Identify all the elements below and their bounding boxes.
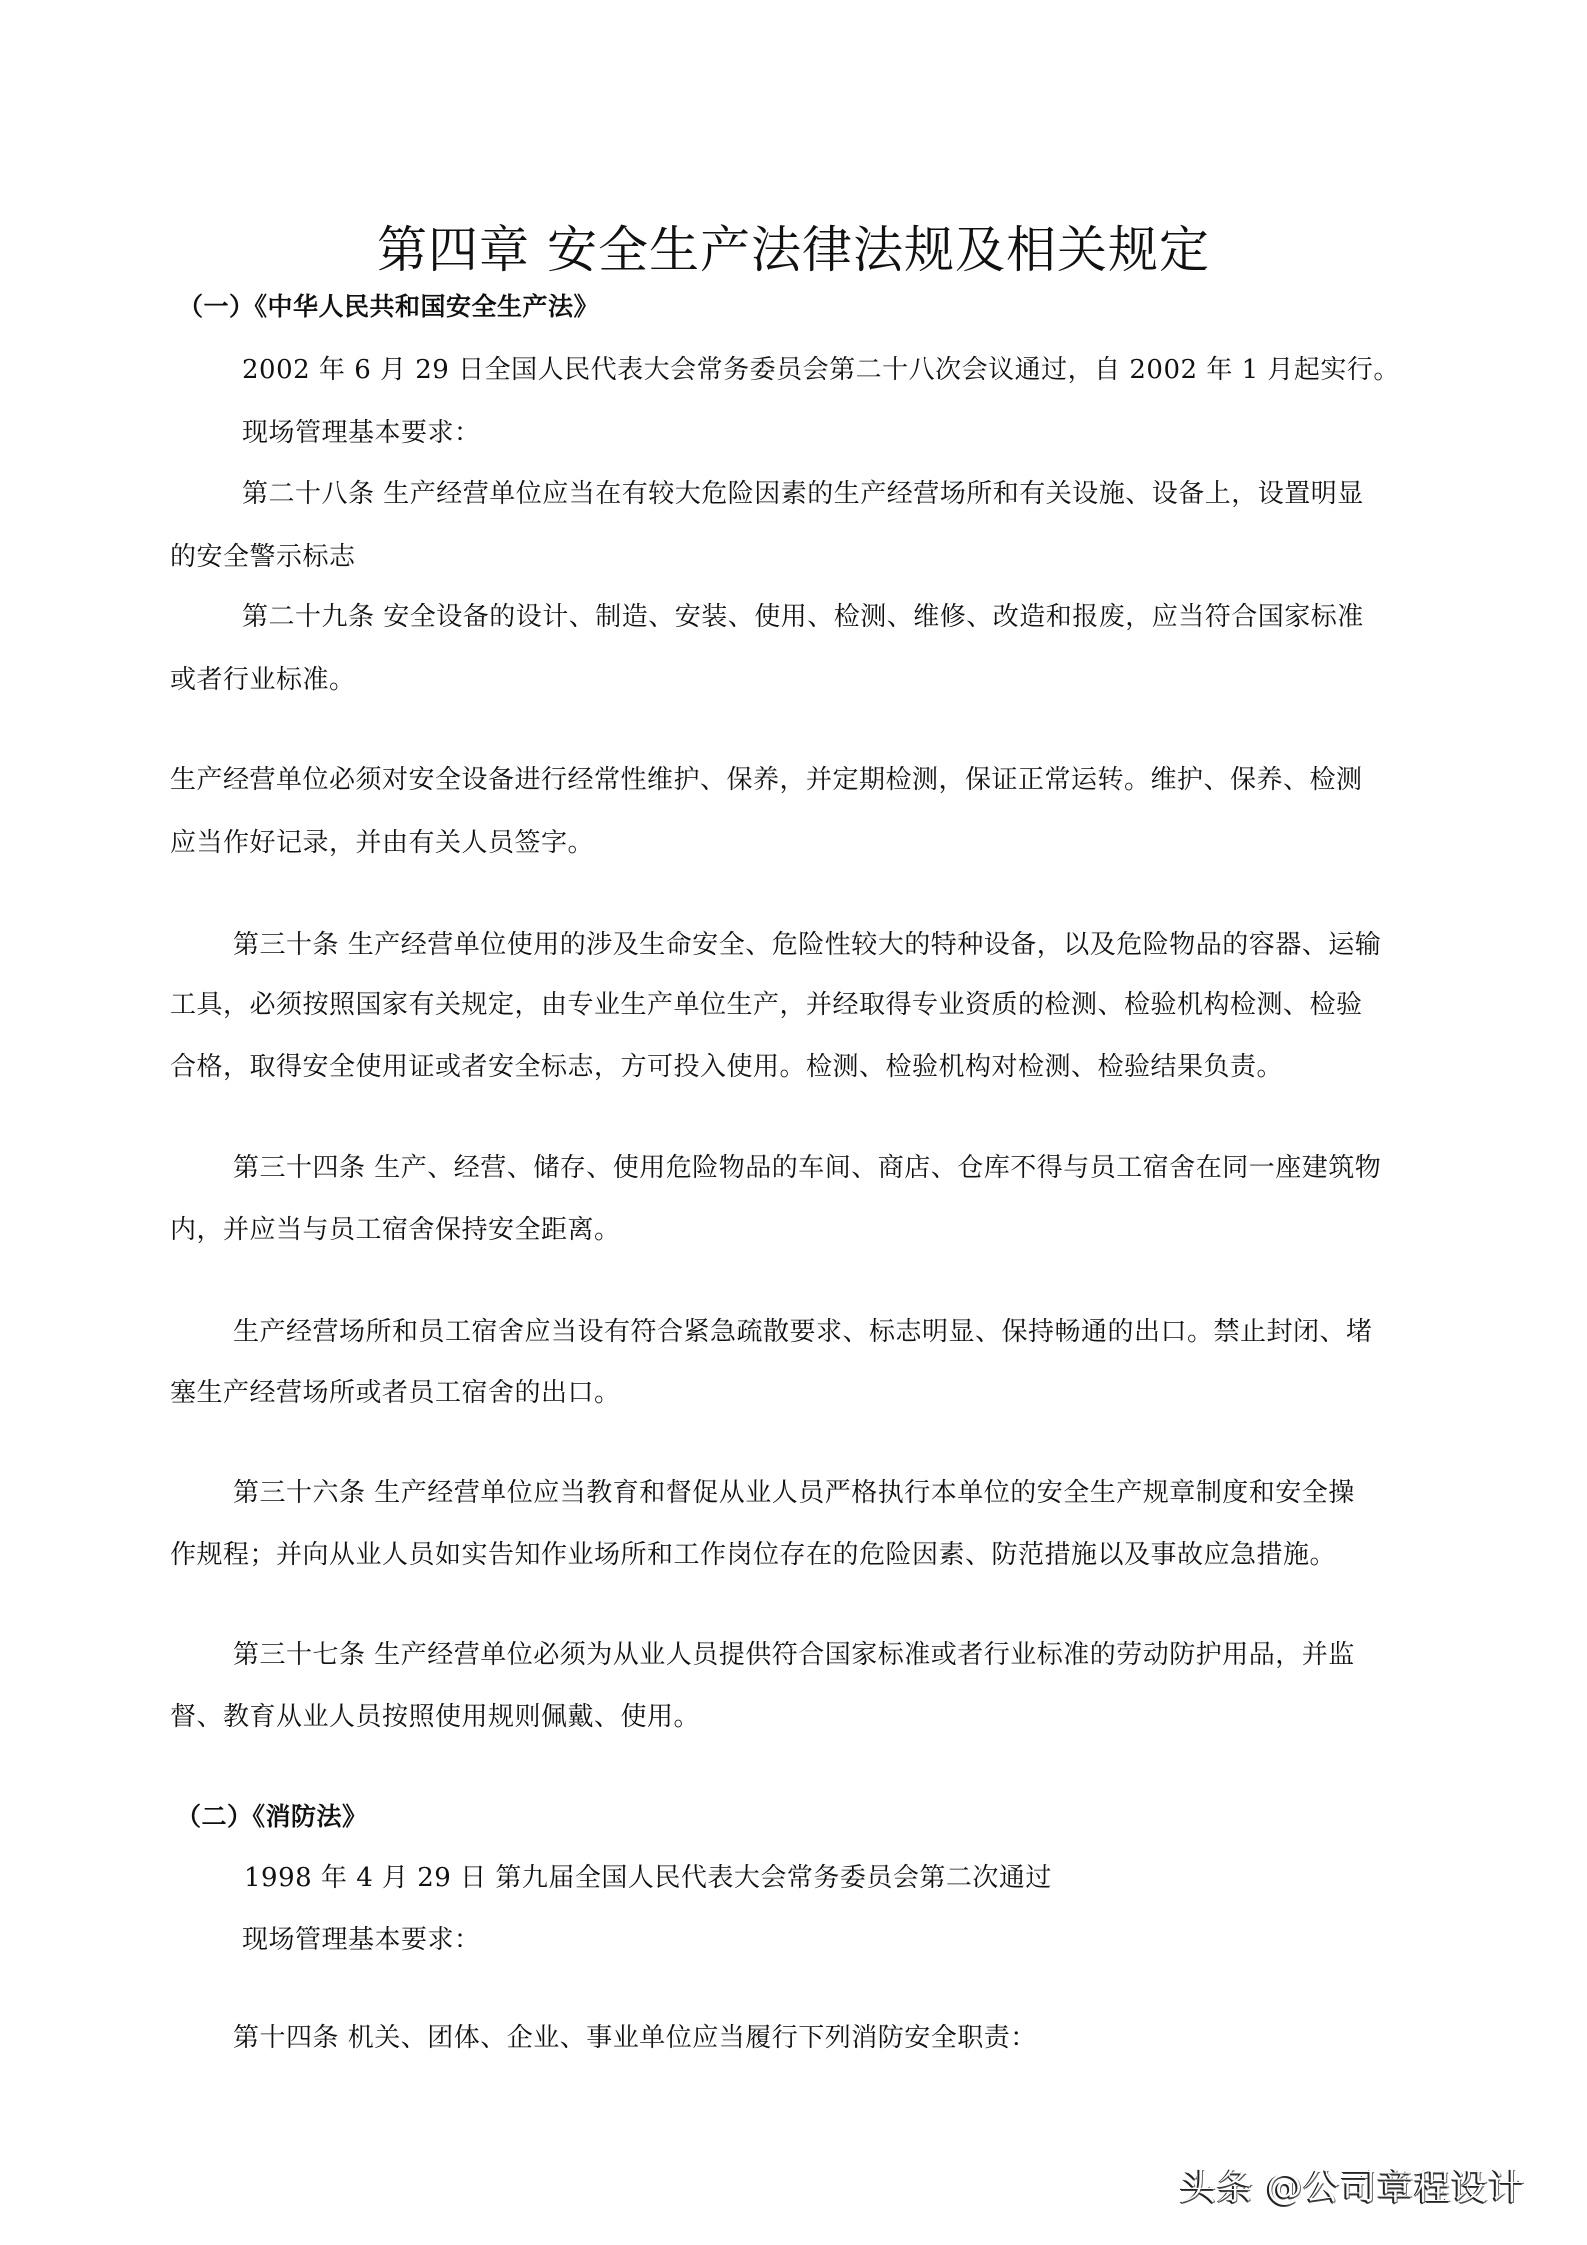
paragraph-line: 2002 年 6 月 29 日全国人民代表大会常务委员会第二十八次会议通过，自 … — [242, 350, 1400, 390]
article-28-line-2: 的安全警示标志 — [170, 537, 356, 577]
paragraph-line: 现场管理基本要求： — [242, 1920, 481, 1960]
article-34-line-2: 内，并应当与员工宿舍保持安全距离。 — [170, 1210, 621, 1250]
article-28-line-1: 第二十八条 生产经营单位应当在有较大危险因素的生产经营场所和有关设施、设备上，设… — [242, 474, 1364, 514]
maintenance-line-2: 应当作好记录，并由有关人员签字。 — [170, 823, 594, 863]
article-30-line-1: 第三十条 生产经营单位使用的涉及生命安全、危险性较大的特种设备，以及危险物品的容… — [233, 925, 1381, 965]
article-14-line-1: 第十四条 机关、团体、企业、事业单位应当履行下列消防安全职责： — [233, 2018, 1037, 2058]
article-30-line-2: 工具，必须按照国家有关规定，由专业生产单位生产，并经取得专业资质的检测、检验机构… — [170, 985, 1363, 1025]
section-heading-1: （一）《中华人民共和国安全生产法》 — [178, 287, 599, 327]
maintenance-line-1: 生产经营单位必须对安全设备进行经常性维护、保养，并定期检测，保证正常运转。维护、… — [170, 760, 1363, 800]
watermark: 头条 @公司章程设计 — [1180, 2166, 1525, 2210]
paragraph-line: 现场管理基本要求： — [242, 413, 481, 453]
article-37-line-1: 第三十七条 生产经营单位必须为从业人员提供符合国家标准或者行业标准的劳动防护用品… — [233, 1635, 1355, 1675]
article-36-line-2: 作规程；并向从业人员如实告知作业场所和工作岗位存在的危险因素、防范措施以及事故应… — [170, 1535, 1336, 1575]
article-29-line-2: 或者行业标准。 — [170, 660, 356, 700]
article-34-line-1: 第三十四条 生产、经营、储存、使用危险物品的车间、商店、仓库不得与员工宿舍在同一… — [233, 1148, 1381, 1188]
article-29-line-1: 第二十九条 安全设备的设计、制造、安装、使用、检测、维修、改造和报废，应当符合国… — [242, 597, 1364, 637]
paragraph-line: 1998 年 4 月 29 日 第九届全国人民代表大会常务委员会第二次通过 — [244, 1858, 1052, 1898]
chapter-title: 第四章 安全生产法律法规及相关规定 — [0, 218, 1587, 282]
section-heading-2: （二）《消防法》 — [176, 1797, 368, 1837]
article-30-line-3: 合格，取得安全使用证或者安全标志，方可投入使用。检测、检验机构对检测、检验结果负… — [170, 1047, 1283, 1087]
exit-line-2: 塞生产经营场所或者员工宿舍的出口。 — [170, 1373, 621, 1413]
article-36-line-1: 第三十六条 生产经营单位应当教育和督促从业人员严格执行本单位的安全生产规章制度和… — [233, 1473, 1355, 1513]
article-37-line-2: 督、教育从业人员按照使用规则佩戴、使用。 — [170, 1697, 700, 1737]
exit-line-1: 生产经营场所和员工宿舍应当设有符合紧急疏散要求、标志明显、保持畅通的出口。禁止封… — [233, 1312, 1373, 1352]
